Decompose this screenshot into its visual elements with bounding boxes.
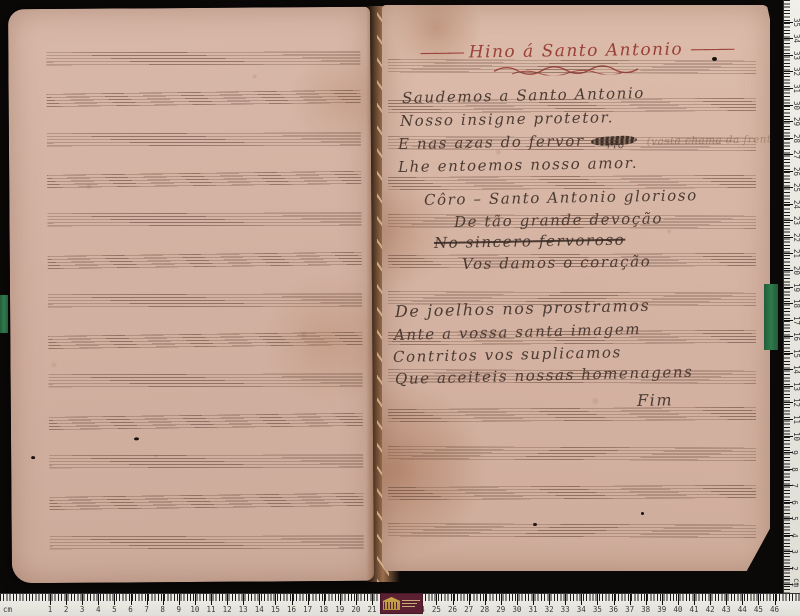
music-staff bbox=[47, 171, 361, 188]
ruler-number: 28 bbox=[792, 134, 800, 143]
ruler-number: 40 bbox=[673, 605, 682, 614]
ruler-number: 7 bbox=[790, 483, 799, 488]
ruler-number: 13 bbox=[239, 605, 248, 614]
ruler-cm-tick bbox=[372, 594, 373, 605]
ruler-number: 14 bbox=[792, 365, 800, 374]
music-staff bbox=[388, 175, 756, 190]
ruler-cm-tick bbox=[678, 594, 679, 605]
ruler-number: 10 bbox=[792, 431, 800, 440]
ruler-cm-tick bbox=[211, 594, 212, 605]
ruler-number: 18 bbox=[792, 299, 800, 308]
ruler-number: 27 bbox=[792, 150, 800, 159]
ruler-cm-tick bbox=[758, 594, 759, 605]
ruler-number: 8 bbox=[790, 467, 799, 472]
ruler-cm-tick bbox=[308, 594, 309, 605]
ruler-cm-tick bbox=[453, 594, 454, 605]
title-flourish-right: ——— bbox=[690, 39, 732, 60]
ruler-number: 20 bbox=[792, 266, 800, 275]
ruler-number: 6 bbox=[128, 605, 133, 614]
music-staff bbox=[46, 51, 360, 65]
ruler-number: 32 bbox=[545, 605, 554, 614]
music-staff bbox=[388, 407, 756, 422]
ruler-cm-tick bbox=[147, 594, 148, 605]
ruler-number: 8 bbox=[160, 605, 165, 614]
ruler-number: 10 bbox=[190, 605, 199, 614]
vertical-ruler: 1234567891011121314151617181920212223242… bbox=[783, 0, 800, 593]
green-cover-strip-right bbox=[764, 284, 778, 350]
ruler-number: 34 bbox=[792, 34, 800, 43]
ruler-cm-tick bbox=[50, 594, 51, 605]
ruler-number: 2 bbox=[790, 566, 799, 571]
music-staff bbox=[47, 213, 361, 227]
ruler-cm-tick bbox=[581, 594, 582, 605]
ruler-number: 35 bbox=[792, 18, 800, 27]
ruler-number: 18 bbox=[319, 605, 328, 614]
ruler-number: 26 bbox=[448, 605, 457, 614]
music-staff bbox=[388, 330, 756, 345]
archive-logo-text-lines bbox=[402, 600, 420, 608]
green-cover-strip-left bbox=[0, 295, 8, 333]
left-page-staves bbox=[8, 7, 370, 10]
ruler-cm-tick bbox=[340, 594, 341, 605]
music-staff bbox=[388, 291, 756, 306]
ruler-cm-tick bbox=[501, 594, 502, 605]
ruler-cm-tick bbox=[694, 594, 695, 605]
ruler-number: 37 bbox=[625, 605, 634, 614]
music-staff bbox=[47, 132, 361, 146]
music-staff bbox=[48, 251, 362, 268]
ruler-cm-tick bbox=[195, 594, 196, 605]
music-staff bbox=[388, 446, 756, 461]
ruler-number: 7 bbox=[144, 605, 149, 614]
ruler-number: 11 bbox=[206, 605, 215, 614]
ruler-number: 29 bbox=[792, 117, 800, 126]
ruler-cm-tick bbox=[259, 594, 260, 605]
ruler-cm-tick bbox=[292, 594, 293, 605]
ruler-cm-tick bbox=[179, 594, 180, 605]
music-staff bbox=[388, 252, 756, 267]
ruler-cm-tick bbox=[163, 594, 164, 605]
ruler-number: 25 bbox=[792, 183, 800, 192]
ruler-number: 35 bbox=[593, 605, 602, 614]
ruler-number: 13 bbox=[792, 382, 800, 391]
ruler-number: 16 bbox=[792, 332, 800, 341]
ruler-number: 39 bbox=[657, 605, 666, 614]
ruler-number: 5 bbox=[790, 516, 799, 521]
ruler-number: 31 bbox=[792, 84, 800, 93]
ruler-number: 9 bbox=[790, 450, 799, 455]
ruler-number: 30 bbox=[512, 605, 521, 614]
ruler-number: 17 bbox=[792, 316, 800, 325]
ruler-number: 16 bbox=[287, 605, 296, 614]
music-staff bbox=[388, 485, 756, 500]
ruler-number: 3 bbox=[790, 550, 799, 555]
ruler-cm-tick bbox=[82, 594, 83, 605]
ruler-cm-tick bbox=[549, 594, 550, 605]
ruler-cm-tick bbox=[726, 594, 727, 605]
ruler-number: 27 bbox=[464, 605, 473, 614]
archive-logo bbox=[380, 593, 423, 614]
ruler-number: 19 bbox=[792, 283, 800, 292]
ruler-cm-tick bbox=[436, 594, 437, 605]
music-staff bbox=[388, 137, 756, 152]
ruler-cm-tick bbox=[243, 594, 244, 605]
ruler-number: 9 bbox=[177, 605, 182, 614]
ruler-number: 12 bbox=[223, 605, 232, 614]
ruler-number: 4 bbox=[790, 533, 799, 538]
ruler-number: 42 bbox=[706, 605, 715, 614]
music-staff bbox=[388, 59, 756, 74]
ink-speck bbox=[134, 437, 139, 440]
ruler-cm-tick bbox=[775, 594, 776, 605]
ruler-cm-tick bbox=[98, 594, 99, 605]
ruler-number: 19 bbox=[335, 605, 344, 614]
archive-building-icon bbox=[383, 597, 400, 610]
music-staff bbox=[49, 413, 363, 430]
ruler-number: 30 bbox=[792, 100, 800, 109]
ruler-number: 46 bbox=[770, 605, 779, 614]
ruler-number: 1 bbox=[48, 605, 53, 614]
chorus-line3-struck: No sincero fervoroso bbox=[434, 231, 626, 252]
ruler-cm-tick bbox=[597, 594, 598, 605]
ruler-number: 29 bbox=[496, 605, 505, 614]
ruler-number: 17 bbox=[303, 605, 312, 614]
ruler-cm-tick bbox=[662, 594, 663, 605]
ruler-cm-tick bbox=[517, 594, 518, 605]
music-staff bbox=[388, 214, 756, 229]
music-staff bbox=[48, 293, 362, 307]
ruler-cm-tick bbox=[565, 594, 566, 605]
ruler-number: 44 bbox=[738, 605, 747, 614]
photo-background: ——— Hino á Santo Antonio ——— Saudemos a … bbox=[0, 0, 800, 616]
ruler-number: 20 bbox=[351, 605, 360, 614]
ruler-number: 21 bbox=[367, 605, 376, 614]
ruler-cm-tick bbox=[275, 594, 276, 605]
music-staff bbox=[49, 454, 363, 468]
ruler-cm-tick bbox=[485, 594, 486, 605]
ruler-number: 33 bbox=[561, 605, 570, 614]
vertical-ruler-unit: cm bbox=[792, 578, 800, 587]
music-staff bbox=[388, 524, 756, 539]
ruler-cm-tick bbox=[614, 594, 615, 605]
ruler-number: 45 bbox=[754, 605, 763, 614]
ruler-number: 34 bbox=[577, 605, 586, 614]
ruler-number: 23 bbox=[792, 216, 800, 225]
ruler-number: 22 bbox=[792, 233, 800, 242]
ruler-cm-tick bbox=[131, 594, 132, 605]
ruler-cm-tick bbox=[356, 594, 357, 605]
ruler-number: 3 bbox=[80, 605, 85, 614]
right-page: ——— Hino á Santo Antonio ——— Saudemos a … bbox=[382, 5, 770, 571]
ruler-number: 31 bbox=[528, 605, 537, 614]
ruler-cm-tick bbox=[742, 594, 743, 605]
ruler-number: 41 bbox=[689, 605, 698, 614]
ruler-cm-tick bbox=[533, 594, 534, 605]
ruler-number: 43 bbox=[722, 605, 731, 614]
music-staff bbox=[48, 332, 362, 349]
ruler-cm-tick bbox=[630, 594, 631, 605]
ruler-number: 24 bbox=[792, 200, 800, 209]
ruler-number: 15 bbox=[792, 349, 800, 358]
ruler-number: 11 bbox=[792, 415, 800, 424]
ink-speck bbox=[31, 456, 35, 459]
ruler-number: 36 bbox=[609, 605, 618, 614]
music-staff bbox=[49, 374, 363, 388]
ruler-number: 14 bbox=[255, 605, 264, 614]
left-page bbox=[8, 7, 374, 584]
ruler-number: 25 bbox=[432, 605, 441, 614]
ruler-cm-tick bbox=[114, 594, 115, 605]
ruler-number: 6 bbox=[790, 500, 799, 505]
ruler-cm-tick bbox=[646, 594, 647, 605]
ruler-cm-tick bbox=[66, 594, 67, 605]
ruler-cm-tick bbox=[469, 594, 470, 605]
ruler-number: 21 bbox=[792, 249, 800, 258]
ruler-number: 26 bbox=[792, 167, 800, 176]
horizontal-ruler-unit: cm bbox=[3, 605, 12, 614]
ruler-number: 32 bbox=[792, 67, 800, 76]
music-staff bbox=[388, 369, 756, 384]
stanza1-line4: Lhe entoemos nosso amor. bbox=[398, 154, 639, 176]
ruler-number: 38 bbox=[641, 605, 650, 614]
ruler-number: 15 bbox=[271, 605, 280, 614]
stanza2-line3: Contritos vos suplicamos bbox=[393, 343, 622, 366]
ink-speck bbox=[641, 512, 644, 515]
music-staff bbox=[47, 90, 361, 107]
music-staff bbox=[50, 535, 364, 549]
ruler-number: 28 bbox=[480, 605, 489, 614]
ruler-cm-tick bbox=[710, 594, 711, 605]
ruler-number: 2 bbox=[64, 605, 69, 614]
music-staff bbox=[388, 98, 756, 113]
ruler-number: 4 bbox=[96, 605, 101, 614]
ruler-number: 12 bbox=[792, 398, 800, 407]
ruler-cm-tick bbox=[324, 594, 325, 605]
ruler-cm-tick bbox=[227, 594, 228, 605]
ruler-number: 5 bbox=[112, 605, 117, 614]
ruler-number: 33 bbox=[792, 51, 800, 60]
music-staff bbox=[49, 493, 363, 510]
